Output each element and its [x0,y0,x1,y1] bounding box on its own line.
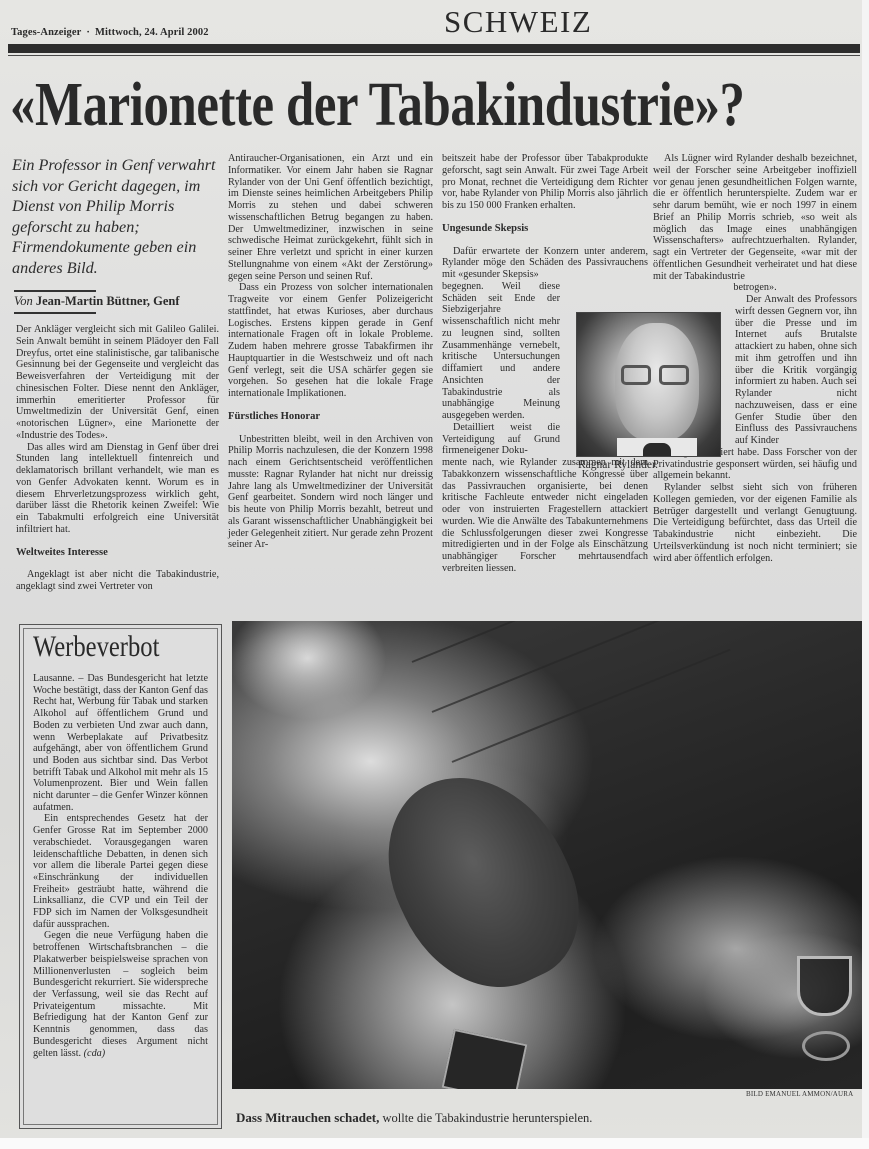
article-lead: Ein Professor in Genf verwahrt sich vor … [12,155,222,278]
paragraph: Als Lügner wird Rylander deshalb bezeich… [653,153,857,282]
paragraph: Dafür erwartete der Konzern unter andere… [442,246,648,281]
paragraph: Antiraucher-Organisationen, ein Arzt und… [228,153,433,282]
paragraph: Dass ein Prozess von solcher internation… [228,282,433,400]
masthead-rule-thin [8,55,860,56]
publication-date: Mittwoch, 24. April 2002 [95,27,209,38]
paragraph: Lausanne. – Das Bundesgericht hat letzte… [33,673,208,813]
paragraph: Unbestritten bleibt, weil in den Archive… [228,434,433,552]
photo-playing-cards [442,1029,528,1089]
photo-glass-base [802,1031,850,1061]
page-edge-bottom [0,1138,869,1149]
paragraph: beitszeit habe der Professor über Tabakp… [442,153,648,212]
byline-rule-bottom [14,312,96,314]
publication-name: Tages-Anzeiger [11,27,81,38]
portrait-photo [576,312,721,457]
masthead-dateline: Tages-Anzeiger·Mittwoch, 24. April 2002 [11,27,209,38]
article-photo [232,621,862,1089]
photo-wall-plank [412,621,747,663]
masthead-separator: · [86,27,90,38]
paragraph: begegnen. Weil diese Schäden seit Ende d… [442,281,560,422]
portrait-tie [643,443,671,457]
subheading: Weltweites Interesse [16,547,219,559]
subheading: Ungesunde Skepsis [442,223,648,235]
portrait-glasses-right [659,365,689,385]
article-byline: Von Jean-Martin Büttner, Genf [14,294,180,309]
paragraph: Das alles wird am Dienstag in Genf über … [16,442,219,536]
author-signature: (cda) [84,1048,106,1059]
subheading: Fürstliches Honorar [228,411,433,423]
page-edge [862,0,869,1149]
paragraph: Der Anwalt des Professors wirft dessen G… [735,294,857,447]
paragraph: mente nach, wie Rylander zusammen mit de… [442,457,648,575]
paragraph-text: Gegen die neue Verfügung haben die betro… [33,930,208,1058]
photo-caption-bold: Dass Mitrauchen schadet, [236,1110,379,1125]
photo-caption-text: wollte die Tabakindustrie herunterspiele… [379,1111,592,1125]
photo-hand-with-cigarette [358,745,605,1016]
article-headline: «Marionette der Tabakindustrie»? [10,70,707,140]
text-wrap-around-portrait: begegnen. Weil diese Schäden seit Ende d… [442,281,560,457]
byline-prefix: Von [14,294,33,308]
paragraph: Ein entsprechendes Gesetz hat der Genfer… [33,813,208,930]
paragraph: Gegen die neue Verfügung haben die betro… [33,930,208,1059]
section-title: SCHWEIZ [444,4,592,40]
article-column-2: Antiraucher-Organisationen, ein Arzt und… [228,153,433,551]
article-column-1: Der Ankläger vergleicht sich mit Galileo… [16,324,219,593]
sidebar-box-text: Lausanne. – Das Bundesgericht hat letzte… [33,673,208,1059]
byline-rule-top [14,290,96,292]
photo-wall-plank [452,649,731,763]
photo-caption: Dass Mitrauchen schadet, wollte die Taba… [236,1110,592,1126]
sidebar-box-title: Werbeverbot [33,630,159,664]
byline-author: Jean-Martin Büttner, Genf [36,294,180,308]
paragraph: betrogen». [653,282,857,294]
paragraph: Angeklagt ist aber nicht die Tabakindust… [16,569,219,593]
paragraph: Der Ankläger vergleicht sich mit Galileo… [16,324,219,442]
portrait-caption: Ragnar Rylander. [578,459,658,471]
text-wrap-around-portrait: Der Anwalt des Professors wirft dessen G… [735,294,857,447]
paragraph: Detailliert weist die Verteidigung auf G… [442,422,560,457]
photo-credit: BILD EMANUEL AMMON/AURA [746,1090,853,1098]
portrait-glasses-left [621,365,651,385]
paragraph: Rylander selbst sieht sich von früheren … [653,482,857,564]
photo-wine-glass [797,956,852,1016]
masthead-rule-thick [8,44,860,53]
